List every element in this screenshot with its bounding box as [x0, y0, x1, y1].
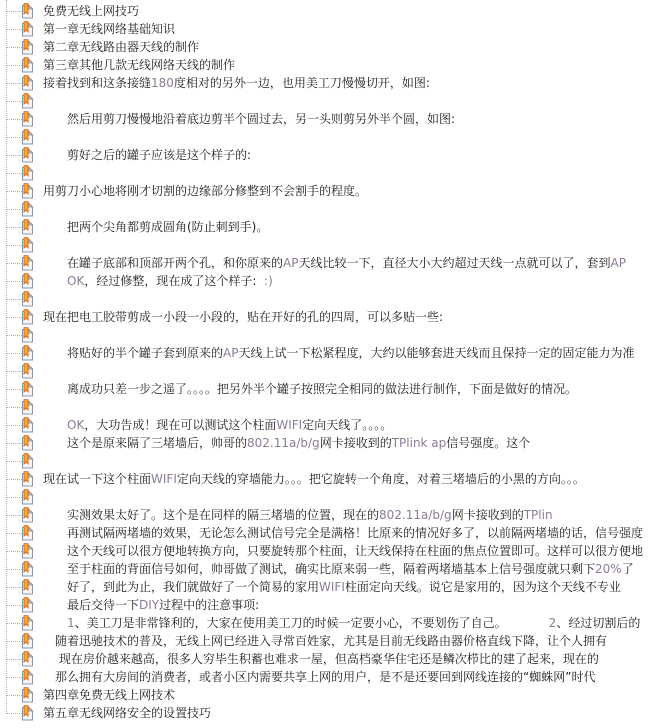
- bookmark-item[interactable]: [0, 164, 658, 182]
- bookmark-item[interactable]: 在罐子底部和顶部开两个孔，和你原来的AP天线比较一下，直径大小大约超过天线一点就…: [0, 254, 658, 272]
- bookmark-title[interactable]: 接着找到和这条接缝180度相对的另外一边，也用美工刀慢慢切开，如图:: [43, 74, 430, 92]
- bookmark-title[interactable]: 现在房价越来越高，很多人穷毕生积蓄也难求一屋，但高档豪华住宅还是鳞次栉比的建了起…: [43, 650, 599, 668]
- bookmark-page-icon[interactable]: [21, 3, 34, 19]
- bookmark-page-icon[interactable]: [21, 435, 34, 451]
- bookmark-title[interactable]: 剪好之后的罐子应该是这个样子的:: [43, 146, 251, 164]
- bookmark-page-icon[interactable]: [21, 255, 34, 271]
- bookmarks-panel: 免费无线上网技巧 第一章无线网络基础知识 第二章无线路由器天线的制作: [0, 0, 658, 728]
- bookmark-item[interactable]: 接着找到和这条接缝180度相对的另外一边，也用美工刀慢慢切开，如图:: [0, 74, 658, 92]
- bookmark-item[interactable]: 那么拥有大房间的消费者，或者小区内需要共享上网的用户，是不是还要回到网线连接的“…: [0, 668, 658, 686]
- bookmark-item[interactable]: 这个天线可以很方便地转换方向，只要旋转那个柱面，让天线保持在柱面的焦点位置即可。…: [0, 542, 658, 560]
- bookmark-page-icon[interactable]: [21, 111, 34, 127]
- bookmark-title[interactable]: 好了，到此为止，我们就做好了一个简易的家用WIFI柱面定向天线。说它是家用的，因…: [43, 578, 621, 596]
- bookmark-title[interactable]: 第一章无线网络基础知识: [43, 20, 175, 38]
- bookmark-title[interactable]: 1、美工刀是非常锋利的，大家在使用美工刀的时候一定要小心，不要划伤了自己。 2、…: [43, 614, 640, 632]
- bookmark-item[interactable]: 免费无线上网技巧: [0, 2, 658, 20]
- bookmark-item[interactable]: 再测试隔两堵墙的效果，无论怎么测试信号完全是满格！比原来的情况好多了，以前隔两堵…: [0, 524, 658, 542]
- bookmark-page-icon[interactable]: [21, 345, 34, 361]
- bookmark-title[interactable]: 这个天线可以很方便地转换方向，只要旋转那个柱面，让天线保持在柱面的焦点位置即可。…: [43, 542, 643, 560]
- bookmark-page-icon[interactable]: [21, 633, 34, 649]
- bookmark-title[interactable]: 随着迅驰技术的普及，无线上网已经进入寻常百姓家，尤其是目前无线路由器价格直线下降…: [43, 632, 607, 650]
- bookmark-title[interactable]: OK，大功告成！现在可以测试这个柱面WIFI定向天线了。。。。: [43, 416, 392, 434]
- bookmark-page-icon[interactable]: [21, 183, 34, 199]
- bookmark-page-icon[interactable]: [21, 219, 34, 235]
- bookmark-page-icon[interactable]: [21, 75, 34, 91]
- bookmark-page-icon[interactable]: [21, 201, 34, 217]
- bookmark-page-icon[interactable]: [21, 165, 34, 181]
- bookmark-page-icon[interactable]: [21, 543, 34, 559]
- bookmark-page-icon[interactable]: [21, 453, 34, 469]
- bookmark-item[interactable]: 用剪刀小心地将刚才切割的边缘部分修整到不会割手的程度。: [0, 182, 658, 200]
- bookmark-item[interactable]: [0, 290, 658, 308]
- bookmark-title[interactable]: 第四章免费无线上网技术: [43, 686, 175, 704]
- bookmark-page-icon[interactable]: [21, 579, 34, 595]
- bookmark-item[interactable]: 第三章其他几款无线网络天线的制作: [0, 56, 658, 74]
- bookmark-item[interactable]: [0, 326, 658, 344]
- bookmark-page-icon[interactable]: [21, 273, 34, 289]
- bookmark-title[interactable]: 第二章无线路由器天线的制作: [43, 38, 199, 56]
- bookmark-page-icon[interactable]: [21, 669, 34, 685]
- bookmark-title[interactable]: 免费无线上网技巧: [43, 2, 139, 20]
- bookmark-title[interactable]: 第三章其他几款无线网络天线的制作: [43, 56, 235, 74]
- bookmark-title[interactable]: 第五章无线网络安全的设置技巧: [43, 704, 211, 722]
- bookmark-page-icon[interactable]: [21, 399, 34, 415]
- bookmark-page-icon[interactable]: [21, 21, 34, 37]
- bookmark-item[interactable]: [0, 200, 658, 218]
- bookmark-page-icon[interactable]: [21, 147, 34, 163]
- bookmark-title[interactable]: 离成功只差一步之遥了。。。。把另外半个罐子按照完全相同的做法进行制作，下面是做好…: [43, 380, 577, 398]
- bookmark-item[interactable]: 然后用剪刀慢慢地沿着底边剪半个圆过去，另一头则剪另外半个圆，如图:: [0, 110, 658, 128]
- bookmark-item[interactable]: 现在把电工胶带剪成一小段一小段的，贴在开好的孔的四周，可以多贴一些:: [0, 308, 658, 326]
- bookmark-page-icon[interactable]: [21, 327, 34, 343]
- bookmark-title[interactable]: 至于柱面的背面信号如何，帅哥做了测试，确实比原来弱一些，隔着两堵墙基本上信号强度…: [43, 560, 634, 578]
- bookmark-list: 免费无线上网技巧 第一章无线网络基础知识 第二章无线路由器天线的制作: [0, 2, 658, 722]
- bookmark-page-icon[interactable]: [21, 597, 34, 613]
- bookmark-item[interactable]: [0, 92, 658, 110]
- bookmark-item[interactable]: 实测效果太好了。这个是在同样的隔三堵墙的位置，现在的802.11a/b/g网卡接…: [0, 506, 658, 524]
- bookmark-item[interactable]: 现在试一下这个柱面WIFI定向天线的穿墙能力。。。把它旋转一个角度，对着三堵墙后…: [0, 470, 658, 488]
- bookmark-page-icon[interactable]: [21, 237, 34, 253]
- bookmark-page-icon[interactable]: [21, 381, 34, 397]
- bookmark-title[interactable]: 这个是原来隔了三堵墙后，帅哥的802.11a/b/g网卡接收到的TPlink a…: [43, 434, 530, 452]
- bookmark-item[interactable]: 这个是原来隔了三堵墙后，帅哥的802.11a/b/g网卡接收到的TPlink a…: [0, 434, 658, 452]
- bookmark-item[interactable]: 随着迅驰技术的普及，无线上网已经进入寻常百姓家，尤其是目前无线路由器价格直线下降…: [0, 632, 658, 650]
- bookmark-item[interactable]: [0, 452, 658, 470]
- bookmark-page-icon[interactable]: [21, 291, 34, 307]
- bookmark-page-icon[interactable]: [21, 651, 34, 667]
- bookmark-page-icon[interactable]: [21, 615, 34, 631]
- bookmark-page-icon[interactable]: [21, 471, 34, 487]
- bookmark-title[interactable]: 在罐子底部和顶部开两个孔，和你原来的AP天线比较一下，直径大小大约超过天线一点就…: [43, 254, 626, 272]
- bookmark-item[interactable]: 最后交待一下DIY过程中的注意事项:: [0, 596, 658, 614]
- bookmark-item[interactable]: 将贴好的半个罐子套到原来的AP天线上试一下松紧程度，大约以能够套进天线而且保持一…: [0, 344, 658, 362]
- bookmark-title[interactable]: 将贴好的半个罐子套到原来的AP天线上试一下松紧程度，大约以能够套进天线而且保持一…: [43, 344, 634, 362]
- bookmark-item[interactable]: OK，经过修整，现在成了这个样子: :): [0, 272, 658, 290]
- bookmark-item[interactable]: 1、美工刀是非常锋利的，大家在使用美工刀的时候一定要小心，不要划伤了自己。 2、…: [0, 614, 658, 632]
- bookmark-page-icon[interactable]: [21, 489, 34, 505]
- bookmark-item[interactable]: [0, 488, 658, 506]
- bookmark-item[interactable]: 把两个尖角都剪成圆角(防止刺到手)。: [0, 218, 658, 236]
- bookmark-title[interactable]: 那么拥有大房间的消费者，或者小区内需要共享上网的用户，是不是还要回到网线连接的“…: [43, 668, 595, 686]
- bookmark-item[interactable]: 第二章无线路由器天线的制作: [0, 38, 658, 56]
- bookmark-item[interactable]: 至于柱面的背面信号如何，帅哥做了测试，确实比原来弱一些，隔着两堵墙基本上信号强度…: [0, 560, 658, 578]
- bookmark-page-icon[interactable]: [21, 57, 34, 73]
- bookmark-page-icon[interactable]: [21, 363, 34, 379]
- bookmark-title[interactable]: 最后交待一下DIY过程中的注意事项:: [43, 596, 259, 614]
- bookmark-title[interactable]: 现在把电工胶带剪成一小段一小段的，贴在开好的孔的四周，可以多贴一些:: [43, 308, 443, 326]
- bookmark-page-icon[interactable]: [21, 525, 34, 541]
- bookmark-title[interactable]: 把两个尖角都剪成圆角(防止刺到手)。: [43, 218, 268, 236]
- bookmark-title[interactable]: OK，经过修整，现在成了这个样子: :): [43, 272, 273, 290]
- bookmark-item[interactable]: OK，大功告成！现在可以测试这个柱面WIFI定向天线了。。。。: [0, 416, 658, 434]
- bookmark-title[interactable]: 用剪刀小心地将刚才切割的边缘部分修整到不会割手的程度。: [43, 182, 367, 200]
- bookmark-item[interactable]: [0, 128, 658, 146]
- bookmark-page-icon[interactable]: [21, 417, 34, 433]
- bookmark-page-icon[interactable]: [21, 93, 34, 109]
- bookmark-page-icon[interactable]: [21, 687, 34, 703]
- bookmark-item[interactable]: [0, 398, 658, 416]
- bookmark-item[interactable]: 第四章免费无线上网技术: [0, 686, 658, 704]
- bookmark-item[interactable]: 离成功只差一步之遥了。。。。把另外半个罐子按照完全相同的做法进行制作，下面是做好…: [0, 380, 658, 398]
- bookmark-page-icon[interactable]: [21, 507, 34, 523]
- bookmark-item[interactable]: [0, 236, 658, 254]
- bookmark-title[interactable]: 然后用剪刀慢慢地沿着底边剪半个圆过去，另一头则剪另外半个圆，如图:: [43, 110, 455, 128]
- bookmark-item[interactable]: [0, 362, 658, 380]
- bookmark-page-icon[interactable]: [21, 39, 34, 55]
- bookmark-page-icon[interactable]: [21, 561, 34, 577]
- bookmark-item[interactable]: 剪好之后的罐子应该是这个样子的:: [0, 146, 658, 164]
- bookmark-title[interactable]: 再测试隔两堵墙的效果，无论怎么测试信号完全是满格！比原来的情况好多了，以前隔两堵…: [43, 524, 643, 542]
- bookmark-page-icon[interactable]: [21, 129, 34, 145]
- bookmark-page-icon[interactable]: [21, 309, 34, 325]
- bookmark-title[interactable]: 现在试一下这个柱面WIFI定向天线的穿墙能力。。。把它旋转一个角度，对着三堵墙后…: [43, 470, 585, 488]
- bookmark-page-icon[interactable]: [21, 705, 34, 721]
- bookmark-item[interactable]: 第五章无线网络安全的设置技巧: [0, 704, 658, 722]
- bookmark-title[interactable]: 实测效果太好了。这个是在同样的隔三堵墙的位置，现在的802.11a/b/g网卡接…: [43, 506, 553, 524]
- bookmark-item[interactable]: 现在房价越来越高，很多人穷毕生积蓄也难求一屋，但高档豪华住宅还是鳞次栉比的建了起…: [0, 650, 658, 668]
- bookmark-item[interactable]: 第一章无线网络基础知识: [0, 20, 658, 38]
- bookmark-item[interactable]: 好了，到此为止，我们就做好了一个简易的家用WIFI柱面定向天线。说它是家用的，因…: [0, 578, 658, 596]
